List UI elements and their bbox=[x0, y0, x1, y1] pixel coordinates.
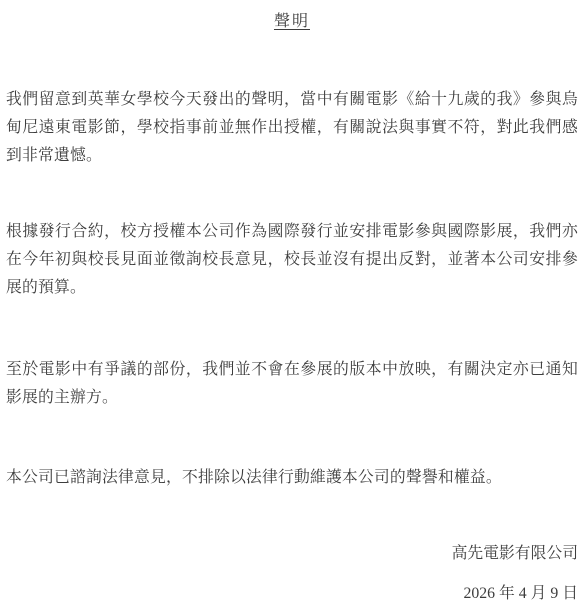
statement-title-text: 聲明 bbox=[274, 13, 310, 30]
statement-paragraph-1: 我們留意到英華女學校今天發出的聲明，當中有關電影《給十九歲的我》參與烏甸尼遠東電… bbox=[6, 86, 578, 170]
statement-title: 聲明 bbox=[6, 8, 578, 36]
statement-date: 2026 年 4 月 9 日 bbox=[6, 580, 578, 606]
statement-document: 聲明 我們留意到英華女學校今天發出的聲明，當中有關電影《給十九歲的我》參與烏甸尼… bbox=[0, 0, 584, 606]
statement-paragraph-4: 本公司已諮詢法律意見，不排除以法律行動維護本公司的聲譽和權益。 bbox=[6, 464, 578, 492]
statement-paragraph-3: 至於電影中有爭議的部份，我們並不會在參展的版本中放映，有關決定亦已通知影展的主辦… bbox=[6, 356, 578, 412]
statement-paragraph-2: 根據發行合約，校方授權本公司作為國際發行並安排電影參與國際影展，我們亦在今年初與… bbox=[6, 218, 578, 302]
company-signature: 高先電影有限公司 bbox=[6, 540, 578, 568]
